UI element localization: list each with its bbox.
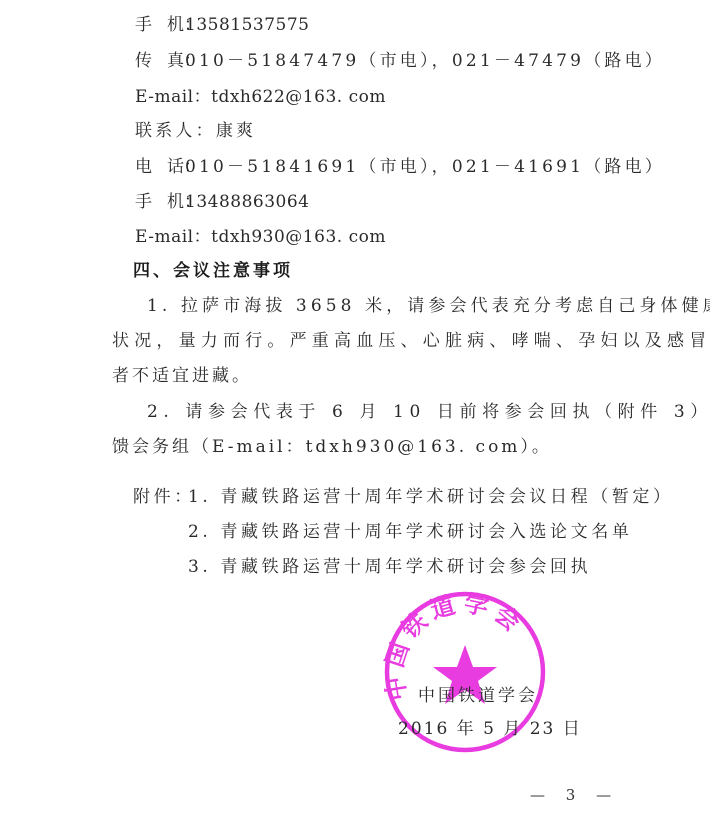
contact-mobile-1: 手机：13581537575	[135, 15, 309, 35]
signature-date: 2016 年 5 月 23 日	[398, 714, 582, 739]
contact-email-2: E-mail：tdxh930@163. com	[135, 227, 386, 247]
email-address[interactable]: tdxh930@163. com	[211, 227, 386, 247]
attachment-item-3: 3. 青藏铁路运营十周年学术研讨会参会回执	[188, 557, 591, 577]
contact-person: 联系人：康爽	[135, 121, 256, 141]
notice-item-2-line-1: 2. 请参会代表于 6 月 10 日前将参会回执（附件 3）电邮反	[147, 402, 710, 422]
contact-mobile-2: 手机：13488863064	[135, 192, 309, 212]
notice-item-1-line-2: 状况，量力而行。严重高血压、心脏病、哮喘、孕妇以及感冒患	[112, 331, 710, 351]
email-label: E-mail：	[135, 87, 211, 107]
fax-number: 010－51847479（市电），021－47479（路电）	[185, 51, 665, 71]
signature-organization: 中国铁道学会	[418, 681, 538, 706]
notice-item-2-line-2: 馈会务组（E-mail：tdxh930@163. com）。	[112, 437, 552, 457]
phone-number: 010－51841691（市电），021－41691（路电）	[185, 157, 665, 177]
section-heading: 四、会议注意事项	[133, 261, 293, 281]
contact-phone: 电话：010－51841691（市电），021－41691（路电）	[135, 157, 665, 177]
label-char: 电	[135, 157, 167, 177]
email-address[interactable]: tdxh622@163. com	[211, 87, 386, 107]
label-char: 传	[135, 51, 167, 71]
notice-item-1-line-3: 者不适宜进藏。	[112, 366, 252, 386]
contact-person-name: 康爽	[216, 121, 256, 141]
email-label: E-mail：	[135, 227, 211, 247]
contact-email-1: E-mail：tdxh622@163. com	[135, 87, 386, 107]
label-char: 手	[135, 15, 167, 35]
mobile-number: 13581537575	[185, 15, 309, 35]
attachment-item-1: 1. 青藏铁路运营十周年学术研讨会会议日程（暂定）	[188, 487, 674, 507]
mobile-number: 13488863064	[185, 192, 309, 212]
page-number: — 3 —	[530, 786, 619, 804]
contact-person-label: 联系人：	[135, 121, 216, 141]
label-char: 手	[135, 192, 167, 212]
contact-fax: 传真：010－51847479（市电），021－47479（路电）	[135, 51, 665, 71]
attachment-item-2: 2. 青藏铁路运营十周年学术研讨会入选论文名单	[188, 522, 632, 542]
attachments-label: 附件：	[133, 487, 195, 507]
notice-item-1-line-1: 1. 拉萨市海拔 3658 米，请参会代表充分考虑自己身体健康	[147, 296, 710, 316]
